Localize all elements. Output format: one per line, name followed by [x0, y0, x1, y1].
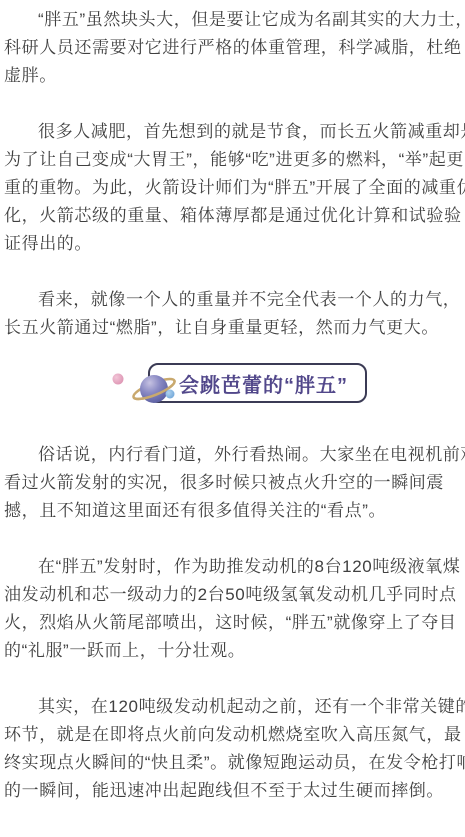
paragraph: 很多人减肥，首先想到的就是节食，而长五火箭减重却是为了让自己变成“大胃王”，能够… — [4, 118, 465, 258]
text-line: 终实现点火瞬间的“快且柔”。就像短跑运动员，在发令枪打响 — [4, 749, 465, 777]
text-line: 的“礼服”一跃而上，十分壮观。 — [4, 637, 465, 665]
text-line: 为了让自己变成“大胃王”，能够“吃”进更多的燃料，“举”起更 — [4, 146, 465, 174]
text-line: 在“胖五”发射时，作为助推发动机的8台120吨级液氧煤 — [4, 553, 465, 581]
text-line: 其实，在120吨级发动机起动之前，还有一个非常关键的 — [4, 693, 465, 721]
paragraph: “胖五”虽然块头大，但是要让它成为名副其实的大力士，科研人员还需要对它进行严格的… — [4, 6, 465, 90]
text-line: 火，烈焰从火箭尾部喷出，这时候，“胖五”就像穿上了夺目 — [4, 609, 465, 637]
article-page: “胖五”虽然块头大，但是要让它成为名副其实的大力士，科研人员还需要对它进行严格的… — [0, 0, 465, 837]
text-line: 俗话说，内行看门道，外行看热闹。大家坐在电视机前观 — [4, 441, 465, 469]
section-heading: 会跳芭蕾的“胖五” — [4, 363, 367, 403]
section-heading-title: 会跳芭蕾的“胖五” — [179, 369, 348, 398]
text-line: 化，火箭芯级的重量、箱体薄厚都是通过优化计算和试验验 — [4, 202, 465, 230]
text-line: 证得出的。 — [4, 230, 465, 258]
text-line: 长五火箭通过“燃脂”，让自身重量更轻，然而力气更大。 — [4, 314, 465, 342]
paragraph: 其实，在120吨级发动机起动之前，还有一个非常关键的环节，就是在即将点火前向发动… — [4, 693, 465, 805]
text-line: 看来，就像一个人的重量并不完全代表一个人的力气， — [4, 286, 465, 314]
text-line: 撼，且不知道这里面还有很多值得关注的“看点”。 — [4, 497, 465, 525]
planet-icon — [107, 363, 187, 413]
text-line: 科研人员还需要对它进行严格的体重管理，科学减脂，杜绝 — [4, 34, 465, 62]
text-line: 环节，就是在即将点火前向发动机燃烧室吹入高压氮气，最 — [4, 721, 465, 749]
paragraph: 看来，就像一个人的重量并不完全代表一个人的力气，长五火箭通过“燃脂”，让自身重量… — [4, 286, 465, 342]
text-line: 重的重物。为此，火箭设计师们为“胖五”开展了全面的减重优 — [4, 174, 465, 202]
paragraph: 俗话说，内行看门道，外行看热闹。大家坐在电视机前观看过火箭发射的实况，很多时候只… — [4, 441, 465, 525]
text-line: 油发动机和芯一级动力的2台50吨级氢氧发动机几乎同时点 — [4, 581, 465, 609]
text-line: “胖五”虽然块头大，但是要让它成为名副其实的大力士， — [4, 6, 465, 34]
text-line: 很多人减肥，首先想到的就是节食，而长五火箭减重却是 — [4, 118, 465, 146]
pink-dot-icon — [113, 374, 124, 385]
section-heading-box: 会跳芭蕾的“胖五” — [148, 363, 367, 403]
paragraph: 在“胖五”发射时，作为助推发动机的8台120吨级液氧煤油发动机和芯一级动力的2台… — [4, 553, 465, 665]
ringed-planet-icon — [131, 375, 176, 403]
text-line: 虚胖。 — [4, 62, 465, 90]
text-line: 的一瞬间，能迅速冲出起跑线但不至于太过生硬而摔倒。 — [4, 777, 465, 805]
blue-dot-icon — [166, 390, 175, 399]
text-line: 看过火箭发射的实况，很多时候只被点火升空的一瞬间震 — [4, 469, 465, 497]
article-body: “胖五”虽然块头大，但是要让它成为名副其实的大力士，科研人员还需要对它进行严格的… — [0, 0, 465, 833]
